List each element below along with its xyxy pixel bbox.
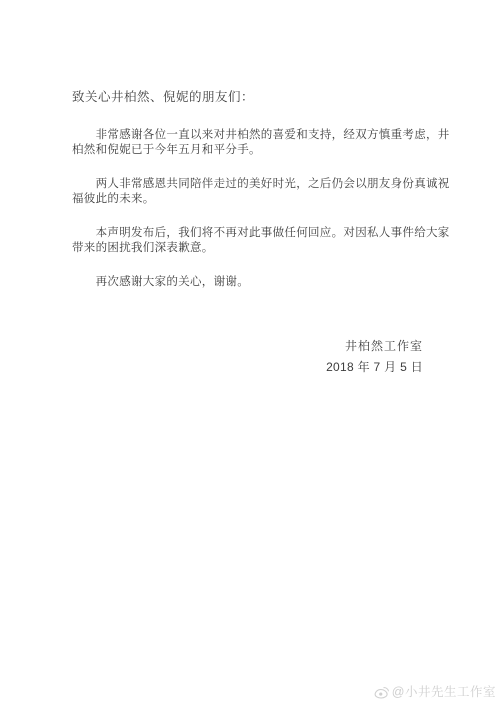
weibo-watermark: @小井先生工作室 [374,686,496,699]
salutation: 致关心井柏然、倪妮的朋友们： [72,90,464,105]
statement-page: 致关心井柏然、倪妮的朋友们： 非常感谢各位一直以来对井柏然的喜爱和支持，经双方慎… [0,0,500,707]
watermark-handle: @小井先生工作室 [392,686,496,699]
signature-date: 2018 年 7 月 5 日 [72,357,423,378]
weibo-logo-icon [374,686,389,699]
signature-name: 井柏然工作室 [72,336,423,357]
statement-body: 非常感谢各位一直以来对井柏然的喜爱和支持，经双方慎重考虑，井 柏然和倪妮已于今年… [72,128,464,290]
signature-block: 井柏然工作室 2018 年 7 月 5 日 [72,336,464,378]
statement-content: 致关心井柏然、倪妮的朋友们： 非常感谢各位一直以来对井柏然的喜爱和支持，经双方慎… [72,90,464,378]
statement-paragraph: 本声明发布后，我们将不再对此事做任何回应。对因私人事件给大家 带来的困扰我们深表… [72,226,464,256]
statement-paragraph: 非常感谢各位一直以来对井柏然的喜爱和支持，经双方慎重考虑，井 柏然和倪妮已于今年… [72,128,464,158]
statement-paragraph: 再次感谢大家的关心，谢谢。 [72,275,464,290]
statement-paragraph: 两人非常感恩共同陪伴走过的美好时光，之后仍会以朋友身份真诚祝 福彼此的未来。 [72,177,464,207]
